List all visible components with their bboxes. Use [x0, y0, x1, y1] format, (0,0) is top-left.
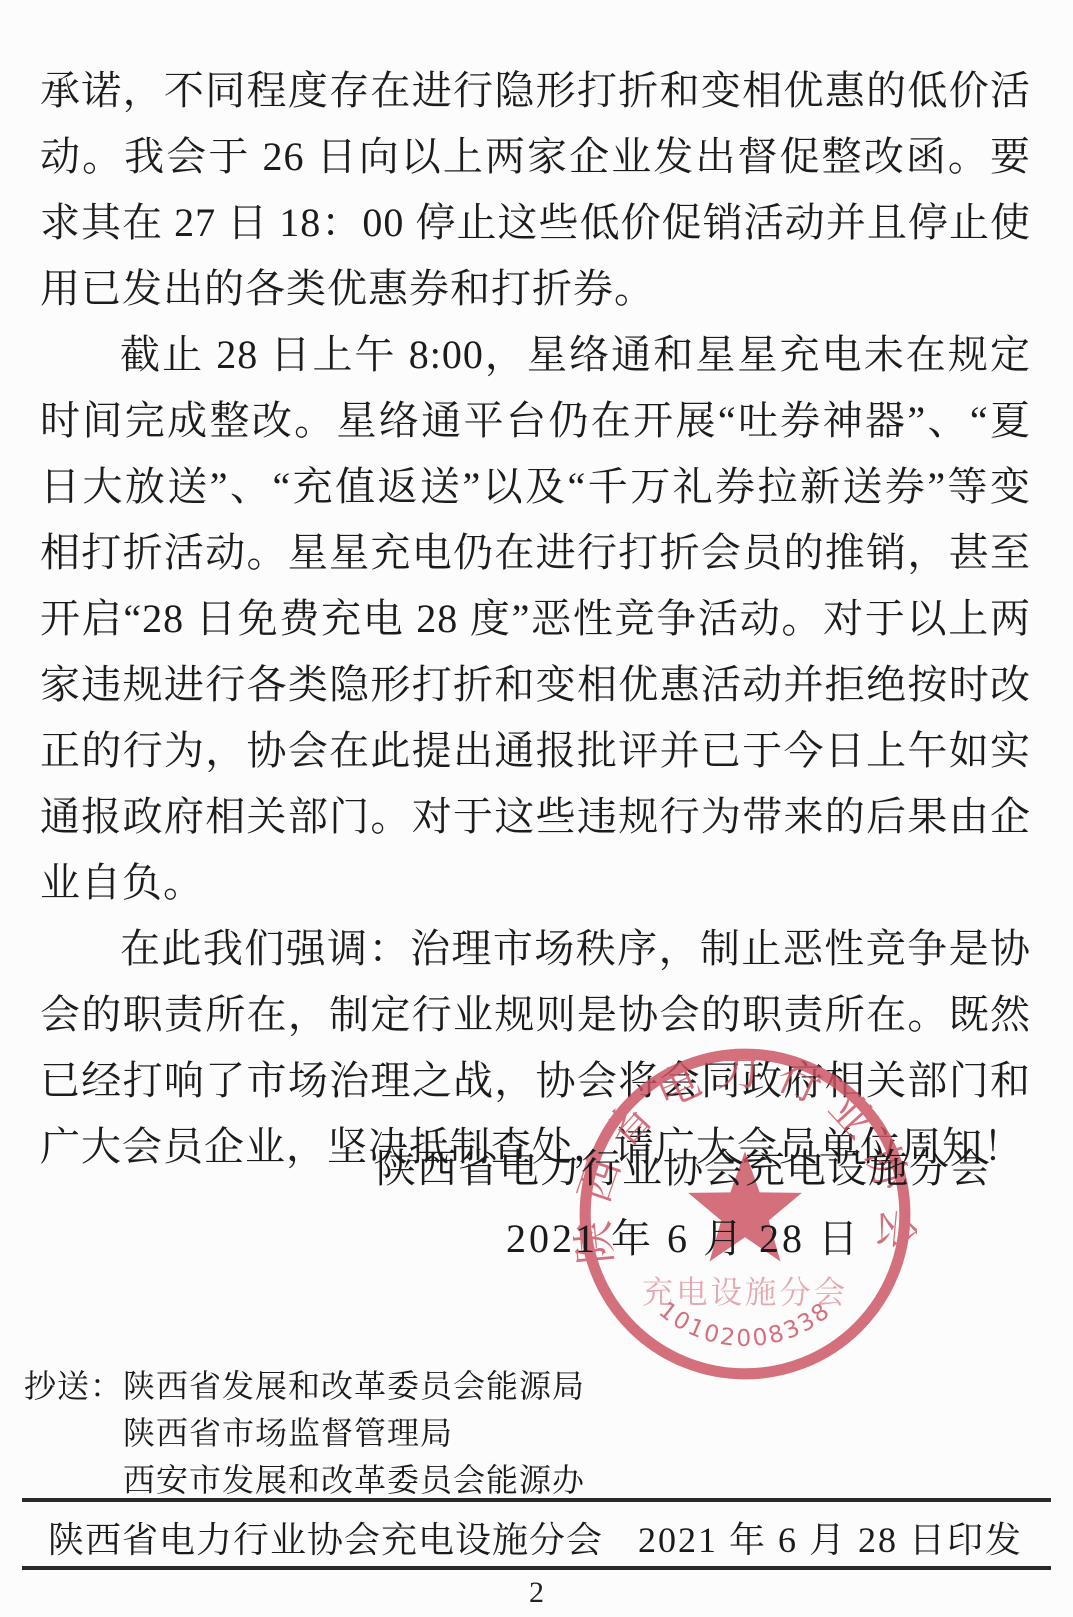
footer-row: 陕西省电力行业协会充电设施分会 2021 年 6 月 28 日印发: [22, 1512, 1051, 1563]
cc-block: 抄送： 陕西省发展和改革委员会能源局 陕西省市场监督管理局 西安市发展和改革委员…: [24, 1363, 585, 1504]
cc-label: 抄送：: [24, 1363, 123, 1504]
page-number: 2: [0, 1576, 1073, 1610]
footer-divider-bottom: [22, 1566, 1051, 1570]
signature-block: 陕西省电力行业协会充电设施分会 2021 年 6 月 28 日: [0, 1138, 1073, 1270]
paragraph: 截止 28 日上午 8:00，星络通和星星充电未在规定时间完成整改。星络通平台仍…: [40, 322, 1031, 916]
paragraph: 承诺，不同程度存在进行隐形打折和变相优惠的低价活动。我会于 26 日向以上两家企…: [40, 58, 1031, 322]
cc-recipient: 西安市发展和改革委员会能源办: [123, 1457, 585, 1504]
cc-recipient: 陕西省市场监督管理局: [123, 1410, 585, 1457]
footer-divider-top: [22, 1498, 1051, 1502]
cc-recipient-list: 陕西省发展和改革委员会能源局 陕西省市场监督管理局 西安市发展和改革委员会能源办: [123, 1363, 585, 1504]
document-body: 承诺，不同程度存在进行隐形打折和变相优惠的低价活动。我会于 26 日向以上两家企…: [40, 58, 1031, 1180]
signature-organization: 陕西省电力行业协会充电设施分会: [0, 1138, 1073, 1200]
signature-date: 2021 年 6 月 28 日: [0, 1208, 1073, 1270]
cc-recipient: 陕西省发展和改革委员会能源局: [123, 1363, 585, 1410]
document-page: 承诺，不同程度存在进行隐形打折和变相优惠的低价活动。我会于 26 日向以上两家企…: [0, 0, 1073, 1617]
footer-print-date: 2021 年 6 月 28 日印发: [638, 1512, 1051, 1563]
footer-issuer: 陕西省电力行业协会充电设施分会: [22, 1512, 603, 1563]
